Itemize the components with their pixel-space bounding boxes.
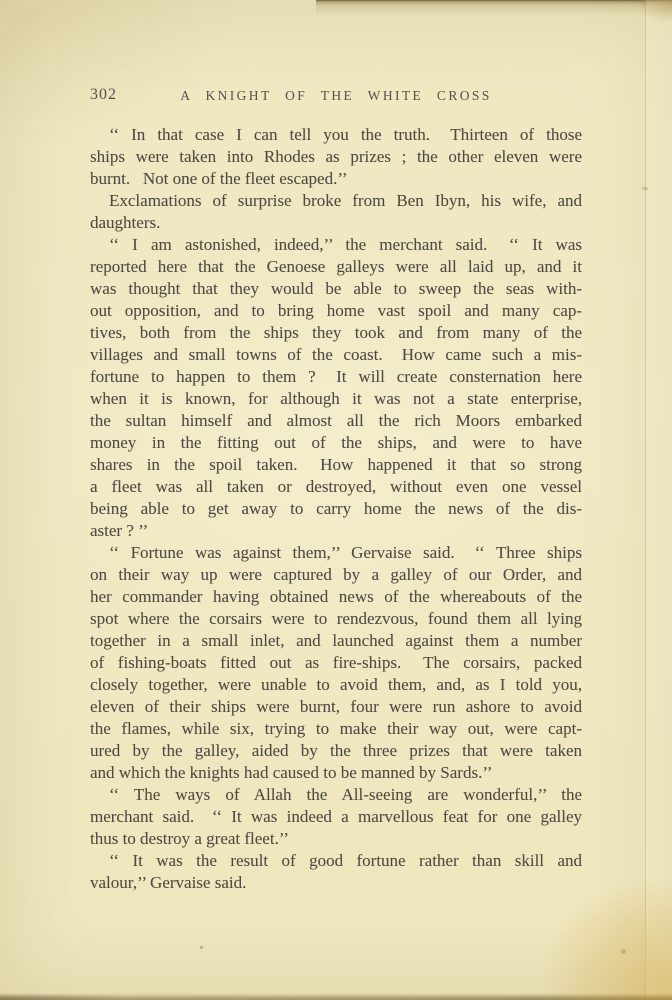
text-line: ‘‘ Fortune was against them,’’ Gervaise … [90, 542, 582, 564]
text-line: fortune to happen to them ? It will crea… [90, 366, 582, 388]
text-line: together in a small inlet, and launched … [90, 630, 582, 652]
text-line: daughters. [90, 212, 582, 234]
text-line: the sultan himself and almost all the ri… [90, 410, 582, 432]
text-line: closely together, were unable to avoid t… [90, 674, 582, 696]
text-line: tives, both from the ships they took and… [90, 322, 582, 344]
text-line: ‘‘ I am astonished, indeed,’’ the mercha… [90, 234, 582, 256]
paper-speck [642, 187, 648, 190]
text-line: and which the knights had caused to be m… [90, 762, 582, 784]
paper-stain [542, 880, 672, 1000]
paper-speck [200, 946, 203, 949]
scan-right-edge-strip [646, 0, 672, 1000]
text-line: villages and small towns of the coast. H… [90, 344, 582, 366]
paper-speck [621, 949, 626, 954]
text-line: when it is known, for although it was no… [90, 388, 582, 410]
text-line: ‘‘ The ways of Allah the All-seeing are … [90, 784, 582, 806]
text-line: ships were taken into Rhodes as prizes ;… [90, 146, 582, 168]
text-line: thus to destroy a great fleet.’’ [90, 828, 582, 850]
text-line: aster ? ’’ [90, 520, 582, 542]
page-header: 302 A KNIGHT OF THE WHITE CROSS [90, 86, 582, 106]
scan-top-edge-shadow [316, 0, 672, 16]
text-line: out opposition, and to bring home vast s… [90, 300, 582, 322]
book-page-scan: 302 A KNIGHT OF THE WHITE CROSS ‘‘ In th… [0, 0, 672, 1000]
text-line: the flames, while six, trying to make th… [90, 718, 582, 740]
text-line: ‘‘ It was the result of good fortune rat… [90, 850, 582, 872]
text-line: of fishing-boats fitted out as fire-ship… [90, 652, 582, 674]
text-line: a fleet was all taken or destroyed, with… [90, 476, 582, 498]
text-line: valour,’’ Gervaise said. [90, 872, 582, 894]
text-line: ‘‘ In that case I can tell you the truth… [90, 124, 582, 146]
text-line: shares in the spoil taken. How happened … [90, 454, 582, 476]
text-line: burnt. Not one of the fleet escaped.’’ [90, 168, 582, 190]
running-title: A KNIGHT OF THE WHITE CROSS [90, 86, 582, 104]
text-line: spot where the corsairs were to rendezvo… [90, 608, 582, 630]
text-line: her commander having obtained news of th… [90, 586, 582, 608]
text-line: ured by the galley, aided by the three p… [90, 740, 582, 762]
text-line: money in the fitting out of the ships, a… [90, 432, 582, 454]
text-line: being able to get away to carry home the… [90, 498, 582, 520]
text-line: eleven of their ships were burnt, four w… [90, 696, 582, 718]
page-number: 302 [90, 86, 117, 104]
text-line: merchant said. ‘‘ It was indeed a marvel… [90, 806, 582, 828]
page-text: ‘‘ In that case I can tell you the truth… [90, 124, 582, 894]
text-line: reported here that the Genoese galleys w… [90, 256, 582, 278]
text-line: Exclamations of surprise broke from Ben … [90, 190, 582, 212]
text-line: was thought that they would be able to s… [90, 278, 582, 300]
text-line: on their way up were captured by a galle… [90, 564, 582, 586]
